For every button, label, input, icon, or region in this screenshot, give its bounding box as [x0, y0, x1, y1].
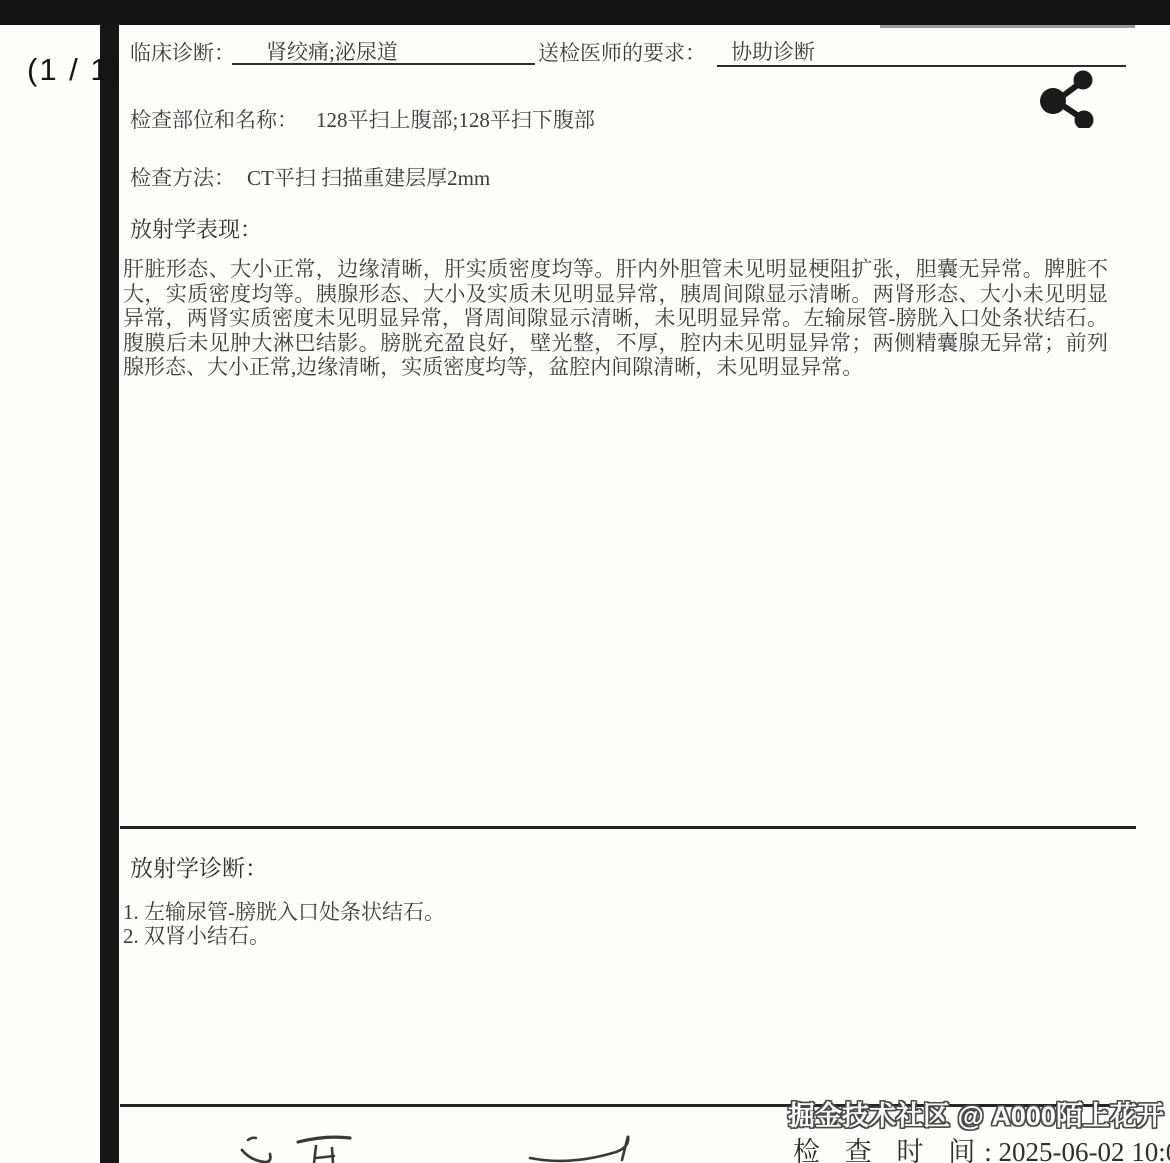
exam-time-label: 检 查 时 间 — [793, 1137, 984, 1163]
page-indicator: (1 / 1) — [27, 52, 122, 88]
document-viewer: (1 / 1) 临床诊断： 肾绞痛;泌尿道 送检医师的要求： 协助诊断 检查部位… — [0, 0, 1170, 1163]
physician-request-value: 协助诊断 — [731, 36, 815, 66]
findings-body: 肝脏形态、大小正常，边缘清晰，肝实质密度均等。肝内外胆管未见明显梗阻扩张，胆囊无… — [123, 257, 1108, 380]
physician-request-underline — [717, 65, 1126, 67]
viewer-left-edge — [100, 25, 119, 1163]
share-icon[interactable] — [1038, 68, 1098, 128]
exam-site-value: 128平扫上腹部;128平扫下腹部 — [316, 104, 595, 134]
findings-heading: 放射学表现： — [130, 213, 262, 244]
exam-time: 检 查 时 间: 2025-06-02 10:06 — [793, 1130, 1170, 1163]
clinical-diagnosis-label: 临床诊断： — [130, 37, 235, 67]
signature-marks — [220, 1128, 700, 1163]
viewer-top-bar — [0, 0, 1170, 25]
exam-time-value: : 2025-06-02 10:06 — [984, 1137, 1170, 1163]
diagnosis-item: 2. 双肾小结石。 — [123, 920, 270, 950]
watermark: 掘金技术社区 @ A000陌上花开 — [788, 1094, 1164, 1133]
exam-method-label: 检查方法： — [130, 162, 235, 192]
section-divider — [120, 826, 1136, 829]
top-bar-shadow — [880, 25, 1135, 28]
physician-request-label: 送检医师的要求： — [538, 37, 706, 67]
clinical-diagnosis-underline — [232, 63, 535, 65]
clinical-diagnosis-value: 肾绞痛;泌尿道 — [266, 36, 398, 66]
diagnosis-heading: 放射学诊断： — [130, 850, 268, 883]
exam-method-value: CT平扫 扫描重建层厚2mm — [247, 162, 490, 192]
exam-site-label: 检查部位和名称： — [130, 104, 298, 134]
